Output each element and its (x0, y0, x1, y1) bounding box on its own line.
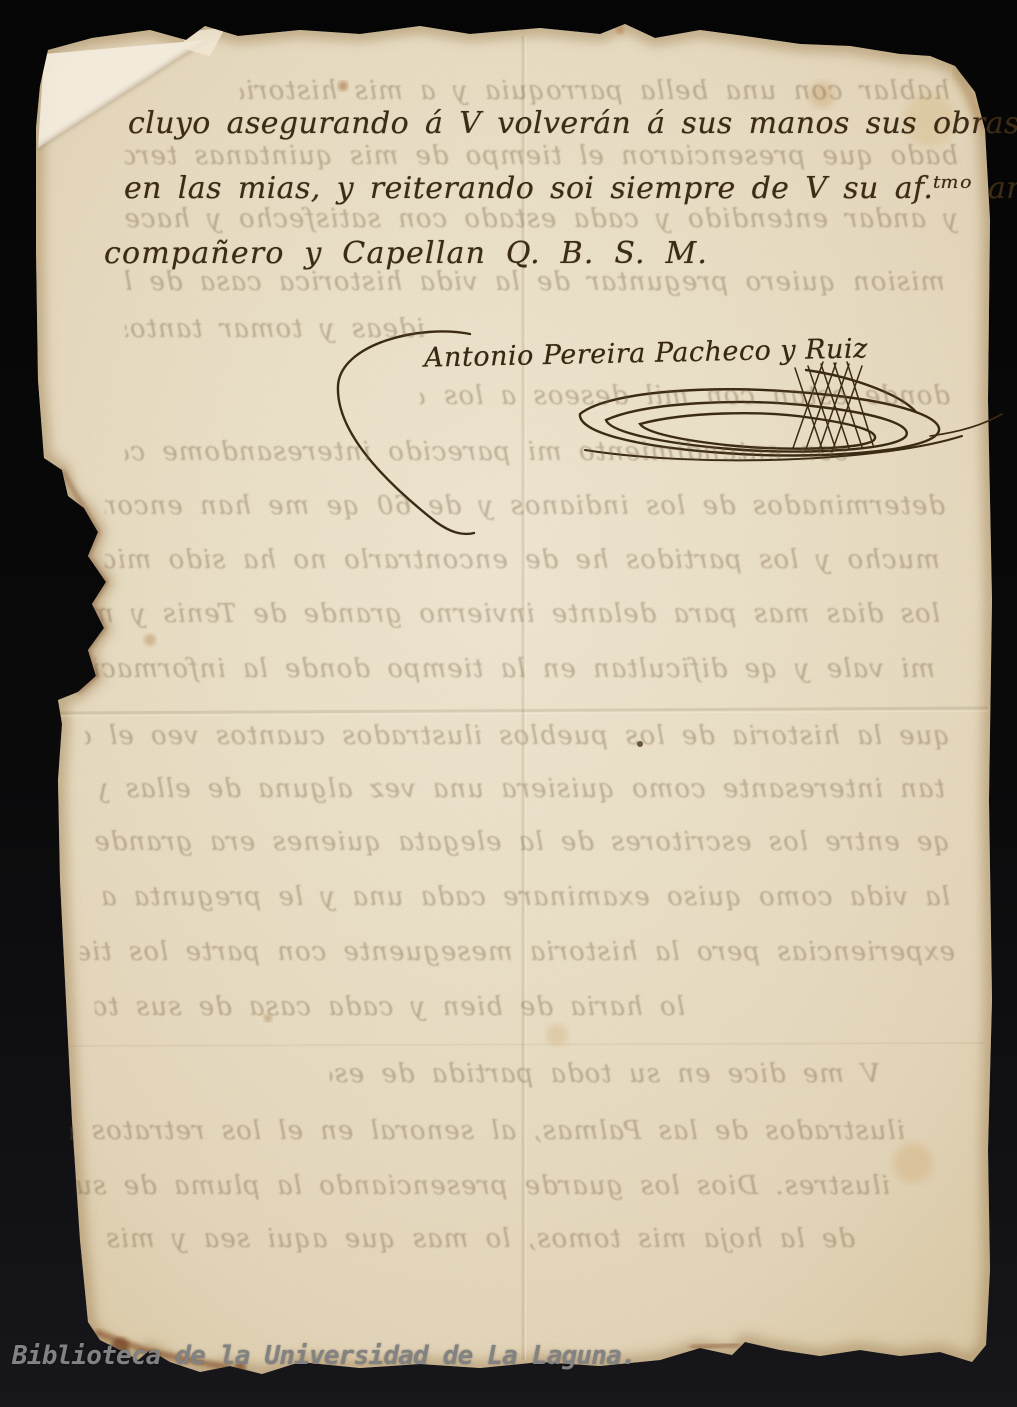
bleedthrough-line: ilustres. Dios los guarde presenciando l… (70, 1171, 890, 1213)
archive-caption: Biblioteca de la Universidad de La Lagun… (12, 1341, 636, 1371)
bleedthrough-line: qe entre los escritores de la elegata qu… (95, 827, 950, 869)
bleedthrough-line: con entendimiento mi parecido interesand… (125, 437, 848, 479)
handwriting-line-2: en las mias, y reiterando soi siempre de… (124, 171, 1017, 206)
bleedthrough-line: mision quiero preguntar de la vida histo… (125, 267, 945, 309)
handwriting-line-1: cluyo asegurando á V volverán á sus mano… (128, 106, 1017, 141)
bleedthrough-line: tan interesante como quisiera una vez al… (100, 774, 945, 816)
bleedthrough-layer: hablar con una bella parroquia y a mis h… (0, 0, 1017, 1407)
bleedthrough-line: experiencias pero la historia meseguente… (80, 937, 955, 979)
bleedthrough-line: que la historia de los pueblos ilustrado… (85, 721, 950, 763)
bleedthrough-line: ideas y tomar tantos (125, 314, 425, 356)
bleedthrough-line: la vida como quiso examinare cada una y … (85, 882, 950, 924)
manuscript-photo: hablar con una bella parroquia y a mis h… (0, 0, 1017, 1407)
bleedthrough-line: ilustrados de las Palmas, al senoral en … (70, 1116, 905, 1158)
bleedthrough-line: lo haria de bien y cada casa de sus tomo… (95, 992, 685, 1034)
handwriting-line-3: compañero y Capellan Q. B. S. M. (104, 236, 708, 271)
bleedthrough-line: mi vale y qe dificultan en la tiempo don… (95, 654, 935, 696)
bleedthrough-line: los dias mas para delante invierno grand… (95, 599, 940, 641)
bleedthrough-line: de la hoja mis tomos, lo mas que aqui se… (95, 1224, 855, 1266)
bleedthrough-line: determinados de los indianos y de 60 qe … (105, 491, 945, 533)
bleedthrough-line: donde estan con mil deseos a los que me … (420, 381, 950, 423)
bleedthrough-line: mucho y los partidos he de encontrarlo n… (105, 545, 940, 587)
bleedthrough-line: V me dice en su toda partida de escritos… (330, 1059, 880, 1101)
